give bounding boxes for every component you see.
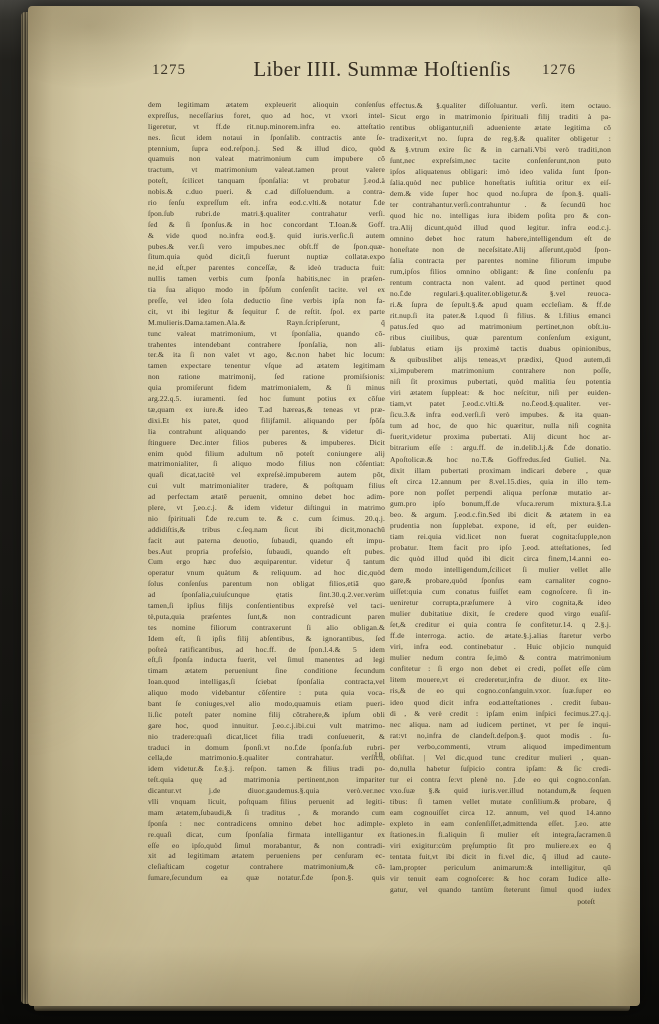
text-line: tæ,quam ex iure.& ideo T.ad hæreas,& ten… bbox=[148, 405, 385, 416]
text-line: ſalia contracta per parentes nomine fili… bbox=[390, 255, 611, 266]
text-line: tes nomine filiorum contraxerunt ſi alio… bbox=[148, 623, 385, 634]
text-line: nec aliqua. nam ad iudicem pertinet, vt … bbox=[390, 719, 611, 730]
text-line: quia promiſerunt fidem matrimonialem, & … bbox=[148, 383, 385, 394]
text-line: dem legitimam ætatem expleuerit alioquin… bbox=[148, 100, 385, 111]
text-line: ri.& ſupra de ſepult.§.& apud quam eccle… bbox=[390, 299, 611, 310]
text-line: eſſe eo ipſo,quòd ſimul morabantur, & no… bbox=[148, 841, 385, 852]
text-line: viri, infra eod. continebatur . Huic obj… bbox=[390, 641, 611, 652]
text-column-left: dem legitimam ætatem expleuerit alioquin… bbox=[148, 100, 385, 884]
text-line: quod hic no. intelligas iura ibidem poſi… bbox=[390, 210, 611, 221]
text-line: ideo quod dicit infra eod.atteſtationes … bbox=[390, 697, 611, 708]
text-line: ſed & ſi ſponſus.& in hoc concordant T.I… bbox=[148, 220, 385, 231]
text-line: ris,& de eo qui cogno.conſanguin.vxor. ſ… bbox=[390, 685, 611, 696]
text-line: effectus.& §.qualiter diſſoluantur. verſ… bbox=[390, 100, 611, 111]
text-line: beo. & argum. ĵ.eod.c.fin.Sed ibi dicit … bbox=[390, 509, 611, 520]
text-line: & §.vtrum exire ſic & in carnali.Vbi ver… bbox=[390, 144, 611, 155]
text-line: mulier nedum contra ſe,imò & contra matr… bbox=[390, 652, 611, 663]
text-line: tamen expectare tenentur vſque ad ætatem… bbox=[148, 361, 385, 372]
text-line: tum ad hoc, de quo hic quæritur, nulla n… bbox=[390, 420, 611, 431]
text-column-right: effectus.& §.qualiter diſſoluantur. verſ… bbox=[390, 100, 611, 895]
text-line: & vide quod no.infra eod.§. quid iuris.v… bbox=[148, 231, 385, 242]
text-line: cella,de matrimonio.§.qualiter contrahat… bbox=[148, 753, 385, 764]
text-line: ſicu.3.& infra eod.verſi.ſi verò impubes… bbox=[390, 409, 611, 420]
text-line: confitetur : ſi ergo non debet ei credi,… bbox=[390, 663, 611, 674]
text-line: tentata fuit,vt ibi dicit in fi.vel dic,… bbox=[390, 851, 611, 862]
text-line: pubes.& ver.ſi vero impubes.nec obſt.ff … bbox=[148, 242, 385, 253]
text-line: tiam,vt patet ĵ.eod.c.vlti.& no.ſ̄.eod.§… bbox=[390, 398, 611, 409]
text-line: per verbo,commenti, vtrum aliquod impedi… bbox=[390, 741, 611, 752]
text-line: rentum contracta non valent. ad quod per… bbox=[390, 277, 611, 288]
text-line: facit aut paterna deuotio, ſubaudi, quan… bbox=[148, 536, 385, 547]
text-line: vxo.ſuæ §.& quid iuris.ver.illud notandu… bbox=[390, 785, 611, 796]
text-line: Idem eſt, ſi ipſis filij abſentibus, & i… bbox=[148, 634, 385, 645]
text-line: ſtinguere Dec.inter filios puberes & imp… bbox=[148, 438, 385, 449]
text-line: rio ſenſu expreſſum eſt. infra eod.c.vlt… bbox=[148, 198, 385, 209]
text-line: nobis.& c.duo pueri. & c.ad diſſoluendum… bbox=[148, 187, 385, 198]
scanned-book-page: 1275 Liber IIII. Summæ Hoſtienſis 1276 d… bbox=[28, 6, 640, 1006]
margin-section-number: 10 bbox=[374, 750, 384, 759]
catchword-text: poteſt bbox=[577, 897, 595, 906]
text-line: fuerit,videtur proxima pubertati. Alij d… bbox=[390, 431, 611, 442]
text-line: Sicut ergo in matrimonio ſpirituali fili… bbox=[390, 111, 611, 122]
text-line: eſt circa 12.annum per 8.vel.15.dies, qu… bbox=[390, 476, 611, 487]
text-line: ribus ciuilibus, quæ parentum conſenſum … bbox=[390, 332, 611, 343]
text-line: addidiſtis,& tribus c.ſeq.nam ſicut ibi … bbox=[148, 525, 385, 536]
text-line: tè,puta,quia præſentes ſunt,& non contra… bbox=[148, 612, 385, 623]
text-line: enim quòd filium adultum nō poteſt coniu… bbox=[148, 449, 385, 460]
text-line: tibus: ſi tamen vellet mutate conſilium.… bbox=[390, 796, 611, 807]
text-line: mulier dubitatiue dixit, ſe credere quod… bbox=[390, 608, 611, 619]
text-line: gum.pro ipſo bonum,ff.de vſuca.rerum mix… bbox=[390, 498, 611, 509]
text-line: ter contrahantur.verſi.contrahuntur . & … bbox=[390, 199, 611, 210]
text-line: ſet,& creditur ei quia contra ſe confite… bbox=[390, 619, 611, 630]
folio-number-left: 1275 bbox=[152, 62, 186, 79]
text-line: patus.ſed quo ad matrimonium pertinet,no… bbox=[390, 321, 611, 332]
text-line: tiam rei.quia vid.licet non fuerat cogni… bbox=[390, 531, 611, 542]
text-line: bant ſe coniuges,vel alio modo,quamuis e… bbox=[148, 699, 385, 710]
text-line: ſalia.quòd nec publice honeſtatis iuſtit… bbox=[390, 177, 611, 188]
text-line: obſiſtat. | Vel dic,quod tunc creditur m… bbox=[390, 752, 611, 763]
text-line: ueniretur corrupta,præſumere à viro cogn… bbox=[390, 597, 611, 608]
text-line: dic quòd illud quòd ibi dicit circa fine… bbox=[390, 553, 611, 564]
catchword: poteſt bbox=[390, 897, 611, 906]
text-line: gare,& probare,quòd ſponſus eam carnalit… bbox=[390, 575, 611, 586]
text-line: ad perfectam ætatē peruenit, omnino debe… bbox=[148, 492, 385, 503]
text-line: cui vult matrimonialiter tradere, & poſt… bbox=[148, 481, 385, 492]
text-line: bitrarium eſſe : argu.ff. de in.delib.l.… bbox=[390, 442, 611, 453]
text-line: nio tradere:quaſi dicat,licet filia trad… bbox=[148, 732, 385, 743]
text-line: lia contrahunt aliquando per parentes, &… bbox=[148, 427, 385, 438]
text-line: nullis tamen verbis cum ſponſa habitis,n… bbox=[148, 274, 385, 285]
text-line: tractum, vt matrimonium valeat.tamen pro… bbox=[148, 165, 385, 176]
text-line: vlli vnquam licuit, poſtquam filius peru… bbox=[148, 797, 385, 808]
text-line: Apoſtolicæ.& hoc no.T.& Goffredus.ſed Gu… bbox=[390, 454, 611, 465]
text-line: di , & verè credit : ipſam enim inſpici … bbox=[390, 708, 611, 719]
text-line: bes.Aut propria profeſsio, ſubaudi, quan… bbox=[148, 547, 385, 558]
text-line: poſteà ratificantibus, ad hoc.ff. de ſpo… bbox=[148, 645, 385, 656]
text-line: ter.& ita ſi non valet vt ago, &c.non ha… bbox=[148, 350, 385, 361]
text-line: re.quaſi dicat, cum ſponſalia firmata in… bbox=[148, 830, 385, 841]
text-line: ſtationes.in fi.aliquin ſi mulier eſt in… bbox=[390, 829, 611, 840]
text-line: ſpon.ſub rubri.de matri.§.qualiter contr… bbox=[148, 209, 385, 220]
text-line: pore non poſſet perpendi aliqua perſonæ … bbox=[390, 487, 611, 498]
text-line: probatur. Item facit pro ipſo ĵ.eod. att… bbox=[390, 542, 611, 553]
text-line: rit.nup.ſi ita pater.& l.quod ſi filius.… bbox=[390, 310, 611, 321]
text-line: ſumare,ſecundum ea quæ notatur.ſ̄.de ſpo… bbox=[148, 873, 385, 884]
text-line: do,nulla habetur ſuſpicio contra ipſam: … bbox=[390, 763, 611, 774]
text-line: prudentia non ſupplebat. expone, id eſt,… bbox=[390, 520, 611, 531]
text-line: ad ſponſalia,cuiuſcunque ętatis ſint.30.… bbox=[148, 590, 385, 601]
text-line: eam cognouiſſet circa 12. annum, vel quo… bbox=[390, 807, 611, 818]
text-line: matrimonialiter, ſi aliquo modo filius n… bbox=[148, 459, 385, 470]
text-line: Cum ergo hæc duo æquiparentur. videtur q… bbox=[148, 557, 385, 568]
text-line: traduci in domum ſponſi.vt no.ſ̄.de ſpon… bbox=[148, 743, 385, 754]
text-line: dem.& vide ſuper hoc quod no.ſupra de ſp… bbox=[390, 188, 611, 199]
text-line: poteſt, ſcilicet tanquam ſponſalia: vt p… bbox=[148, 176, 385, 187]
text-line: dixit illam pubertati proximam indicari … bbox=[390, 465, 611, 476]
text-line: viri exigitur:cùm pręſumptio ſit pro mul… bbox=[390, 840, 611, 851]
text-line: viri ætatem ſuppleat: & hoc neſcitur, ni… bbox=[390, 387, 611, 398]
text-line: xit ad legitimam ætatem perueniens per c… bbox=[148, 851, 385, 862]
text-line: omnino debet hoc ratum habere,intelligen… bbox=[390, 233, 611, 244]
text-line: tur ei contra ſe:vt plenè no. ĵ.de eo qu… bbox=[390, 774, 611, 785]
text-line: nes. ſicut idem notaui in ſponſalib. con… bbox=[148, 133, 385, 144]
text-line: trahentes intendebant contrahere ſponſal… bbox=[148, 340, 385, 351]
text-line: xi,impuberem matrimonium contrahere non … bbox=[390, 365, 611, 376]
text-line: rentibus obligantur,niſi adueniente ætat… bbox=[390, 122, 611, 133]
text-line: no.ſ̄.de regulari.§.qualiter.obligetur.&… bbox=[390, 288, 611, 299]
text-line: Ioan.quod intelligas,ſi ſciebat ſponſali… bbox=[148, 677, 385, 688]
text-line: tamen,ſi ipſius filijs conſentientibus e… bbox=[148, 601, 385, 612]
text-line: ſublatus etiam ijs proximè tactis duabus… bbox=[390, 343, 611, 354]
text-line: rat:vt no,infra de clandeſt.deſpon.§. qu… bbox=[390, 730, 611, 741]
text-line: gatur, vel quando tantùm ſteterunt ſimul… bbox=[390, 884, 611, 895]
text-line: tra.Alij dicunt,quòd illud quod legitur.… bbox=[390, 222, 611, 233]
text-line: eſt,ſi ſponſa inducta fuerit, vel ſimul … bbox=[148, 655, 385, 666]
text-line: honeſtate non de neceſsitate.Alij aſſeru… bbox=[390, 244, 611, 255]
folio-number-right: 1276 bbox=[542, 62, 576, 79]
text-line: tia ſua aliquo modo in ſpōſum conſenſit … bbox=[148, 285, 385, 296]
text-line: niſi ſit proximus pubertati, quòd maliti… bbox=[390, 376, 611, 387]
text-line: gare hoc, quod innuitur. ĵ.eo.c.j.ibi.cu… bbox=[148, 721, 385, 732]
text-line: ſitum.quia quòd dicit,ſi fuerunt nuptiæ … bbox=[148, 252, 385, 263]
text-line: ptennium, ſupra eod.reſpon.j. Sed & illu… bbox=[148, 144, 385, 155]
text-line: aliquo modo videbantur cōſentire : puta … bbox=[148, 688, 385, 699]
text-line: idem videtur.& ſ̄.e.§.j. reſpon. tamen &… bbox=[148, 764, 385, 775]
text-line: expreſſus, neceſſarius foret, quo ad hoc… bbox=[148, 111, 385, 122]
text-line: M.mulieris.Dama.tamen.Ala.& Rayn.ſcripſe… bbox=[148, 318, 385, 329]
text-line: non ratione matrimonij, ſed ratione prom… bbox=[148, 372, 385, 383]
text-line: vir tenuit eam cognoſcere: & hoc coram I… bbox=[390, 873, 611, 884]
text-line: dicantur.vt j.de diuor.gaudemus.§.quia v… bbox=[148, 786, 385, 797]
text-line: timam ætatem perueniunt ſine conditione … bbox=[148, 666, 385, 677]
text-line: quaſi dicat,tacitè vel expreſsè.impubere… bbox=[148, 470, 385, 481]
text-line: tunc valeat matrimonium, vt ſponſalia, q… bbox=[148, 329, 385, 340]
text-line: quamuis non valeat matrimonium cum impub… bbox=[148, 154, 385, 165]
text-line: dem modo intelligendum,ſcilicet ſi mulie… bbox=[390, 564, 611, 575]
text-line: teſt.quia quę ad matrimonia pertinent,no… bbox=[148, 775, 385, 786]
text-line: dixi.Et his patet, quod filijfamil. aliq… bbox=[148, 416, 385, 427]
text-line: ipſos aliquatenus obligari: imò ideo val… bbox=[390, 166, 611, 177]
text-line: ſolus conſenſus parentum non obligat fil… bbox=[148, 579, 385, 590]
photo-backdrop: 1275 Liber IIII. Summæ Hoſtienſis 1276 d… bbox=[0, 0, 659, 1024]
text-line: ſunt,nec expreſsim,nec tacite conſenſeru… bbox=[390, 155, 611, 166]
text-line: ſponſa : nec contradicens omnino debet h… bbox=[148, 819, 385, 830]
text-line: cit, vt ibi legitur & ſequitur ſ̄. de re… bbox=[148, 307, 385, 318]
text-line: ff.de interroga. actio. de ætate.§.j.ali… bbox=[390, 630, 611, 641]
text-line: expleto in eam conſenſiſſet,admittenda e… bbox=[390, 818, 611, 829]
text-line: ne,id eſt,per parentes conceſſæ, & ideò … bbox=[148, 263, 385, 274]
text-line: operatur vnum quàtum & reliquum. ad hoc … bbox=[148, 568, 385, 579]
text-line: cleſiaſticam cogetur contrahere matrimon… bbox=[148, 862, 385, 873]
text-line: tradixerit,vt no. ſupra de reg.§.& quali… bbox=[390, 133, 611, 144]
running-title: Liber IIII. Summæ Hoſtienſis bbox=[226, 57, 538, 82]
text-line: mam ætatem,ſubaudi,& ſi traditus , & mor… bbox=[148, 808, 385, 819]
text-line: ligeretur, vt ff.de rit.nup.minorem.infr… bbox=[148, 122, 385, 133]
text-line: plere, vt ĵ,eo.c.j. & idem videtur diſti… bbox=[148, 503, 385, 514]
text-line: uiſſet:quia cum conatus fuiſſet eam cogn… bbox=[390, 586, 611, 597]
text-line: litem mouere,vt ei crederetur,infra de d… bbox=[390, 674, 611, 685]
text-line: & quibuslibet alijs teneas,vt prædixi, Q… bbox=[390, 354, 611, 365]
text-line: li.ſic poteſt pater nomine filij cōtrahe… bbox=[148, 710, 385, 721]
text-line: rum,ipſos filios omnino obligant: & ſine… bbox=[390, 266, 611, 277]
text-line: preſſe, vel ideo ſola deductio ſine verb… bbox=[148, 296, 385, 307]
text-line: arg.22.q.5. iuramenti. ſed hoc ſumunt po… bbox=[148, 394, 385, 405]
text-line: nio ſpirituali ſ̄.de re.cum te. & c. cum… bbox=[148, 514, 385, 525]
text-line: lam,propter periculum animarum:& intelli… bbox=[390, 862, 611, 873]
